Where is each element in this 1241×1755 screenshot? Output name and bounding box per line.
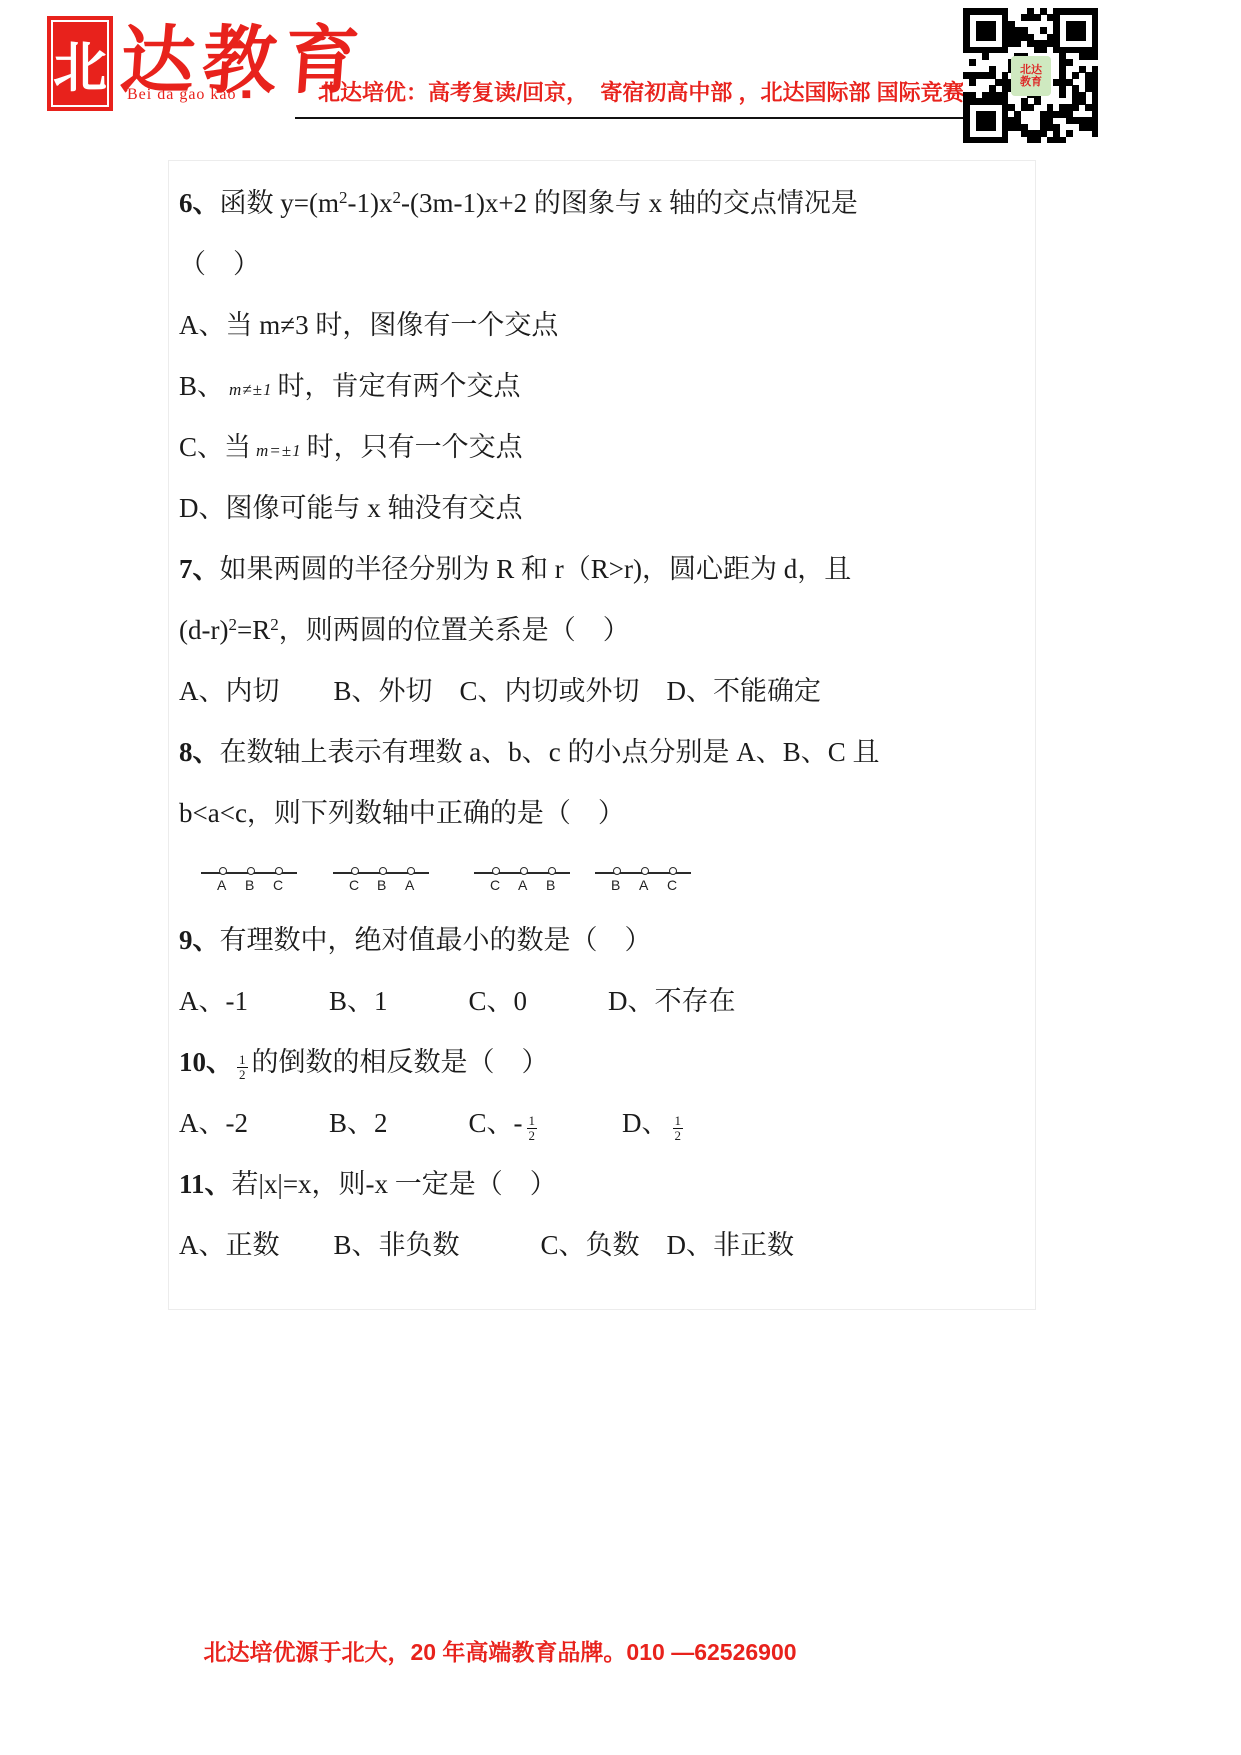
exam-text-line: 7、如果两圆的半径分别为 R 和 r（R>r)，圆心距为 d，且: [169, 539, 1035, 600]
number-line-point-label: C: [349, 878, 359, 892]
number-line-point: [613, 867, 621, 875]
brand-subtitle: Bei da gao kao ■: [127, 86, 252, 104]
exam-question-rows: 6、函数 y=(m2-1)x2-(3m-1)x+2 的图象与 x 轴的交点情况是…: [169, 173, 1035, 1276]
fraction: 12: [527, 1114, 538, 1144]
brand-seal-logo: 北: [47, 16, 113, 111]
number-line-point-label: C: [667, 878, 677, 892]
qr-center-label: 北达 教育: [1011, 56, 1051, 96]
exam-text-line: （ ）: [169, 234, 1035, 295]
number-line-point: [351, 867, 359, 875]
exam-text-line: A、当 m≠3 时，图像有一个交点: [169, 295, 1035, 356]
exam-text-line: A、内切 B、外切 C、内切或外切 D、不能确定: [169, 661, 1035, 722]
number-line-point: [548, 867, 556, 875]
number-line-point: [247, 867, 255, 875]
number-line-axis: [201, 872, 297, 874]
number-line-axis: [333, 872, 429, 874]
number-line-point-label: A: [518, 878, 527, 892]
qr-center-label-line1: 北达: [1020, 64, 1042, 76]
number-line-axis: [595, 872, 691, 874]
number-line-point-label: C: [273, 878, 283, 892]
exam-text-line: 6、函数 y=(m2-1)x2-(3m-1)x+2 的图象与 x 轴的交点情况是: [169, 173, 1035, 234]
number-line-point: [669, 867, 677, 875]
number-line-point: [379, 867, 387, 875]
number-line-point: [219, 867, 227, 875]
exam-text-line: A、-1 B、1 C、0 D、不存在: [169, 971, 1035, 1032]
number-line-axis: [474, 872, 570, 874]
brand-seal-character: 北: [51, 20, 109, 107]
footer-text: 北达培优源于北大，20 年高端教育品牌。010 —62526900: [140, 1634, 860, 1667]
fraction: 12: [673, 1114, 684, 1144]
number-line-option: CAB: [474, 866, 570, 902]
exam-text-line: A、-2 B、2 C、-12 D、12: [169, 1093, 1035, 1154]
number-line-point-label: A: [217, 878, 226, 892]
number-line-point-label: A: [639, 878, 648, 892]
exam-content-box: 6、函数 y=(m2-1)x2-(3m-1)x+2 的图象与 x 轴的交点情况是…: [168, 160, 1036, 1310]
exam-text-line: 10、12的倒数的相反数是（ ）: [169, 1032, 1035, 1093]
exam-text-line: D、图像可能与 x 轴没有交点: [169, 478, 1035, 539]
exam-text-line: b<a<c，则下列数轴中正确的是（ ）: [169, 783, 1035, 844]
exam-text-line: 8、在数轴上表示有理数 a、b、c 的小点分别是 A、B、C 且: [169, 722, 1035, 783]
header-divider: [295, 117, 1052, 119]
header-slogan: 北达培优：高考复读/回京， 寄宿初高中部 ，北达国际部 国际竞赛部: [318, 76, 987, 107]
exam-text-line: C、当m=±1时，只有一个交点: [169, 417, 1035, 478]
number-line-point: [641, 867, 649, 875]
exam-text-line: B、m≠±1时，肯定有两个交点: [169, 356, 1035, 417]
exam-text-line: A、正数 B、非负数 C、负数 D、非正数: [169, 1215, 1035, 1276]
qr-center-label-line2: 教育: [1020, 76, 1042, 88]
number-line-point: [407, 867, 415, 875]
number-line-option: BAC: [595, 866, 691, 902]
fraction: 12: [237, 1053, 248, 1083]
number-line-point-label: B: [611, 878, 620, 892]
number-line-point-label: B: [377, 878, 386, 892]
number-line-option: ABC: [201, 866, 297, 902]
number-line-diagram: ABCCBACABBAC: [169, 844, 1035, 910]
number-line-option: CBA: [333, 866, 429, 902]
number-line-point-label: B: [546, 878, 555, 892]
number-line-point: [520, 867, 528, 875]
number-line-point: [275, 867, 283, 875]
qr-code: 北达 教育: [963, 8, 1098, 143]
number-line-point: [492, 867, 500, 875]
exam-text-line: (d-r)2=R2，则两圆的位置关系是（ ）: [169, 600, 1035, 661]
number-line-point-label: B: [245, 878, 254, 892]
exam-text-line: 9、有理数中，绝对值最小的数是（ ）: [169, 910, 1035, 971]
number-line-point-label: C: [490, 878, 500, 892]
exam-text-line: 11、若|x|=x，则-x 一定是（ ）: [169, 1154, 1035, 1215]
number-line-point-label: A: [405, 878, 414, 892]
